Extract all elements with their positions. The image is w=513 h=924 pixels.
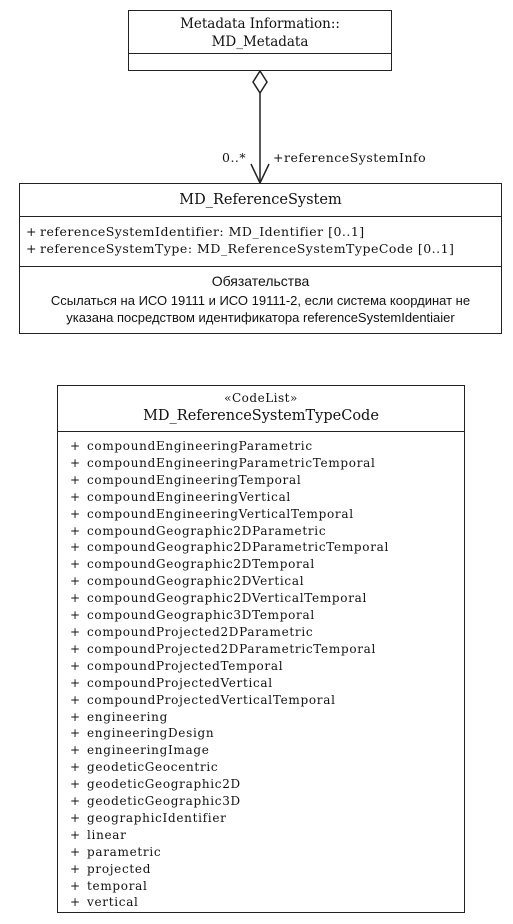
codelist-literal: +compoundEngineeringVertical bbox=[70, 489, 464, 506]
codelist-literal: +compoundEngineeringParametric bbox=[70, 438, 464, 455]
codelist-literal: +linear bbox=[70, 827, 464, 844]
codelist-literal: +compoundEngineeringTemporal bbox=[70, 472, 464, 489]
literal-text: compoundEngineeringParametric bbox=[87, 439, 313, 453]
literal-text: projected bbox=[87, 862, 151, 876]
class-attributes-empty bbox=[129, 54, 391, 70]
literal-text: engineeringDesign bbox=[87, 726, 214, 740]
visibility-marker: + bbox=[70, 692, 87, 709]
literal-text: compoundGeographic2DParametricTemporal bbox=[87, 540, 389, 554]
literal-text: compoundEngineeringVertical bbox=[87, 490, 291, 504]
class-stereotype: «CodeList» bbox=[58, 390, 464, 407]
visibility-marker: + bbox=[70, 675, 87, 692]
aggregation-diamond-icon bbox=[253, 71, 267, 93]
codelist-literal: +compoundProjectedVerticalTemporal bbox=[70, 692, 464, 709]
literal-text: compoundGeographic2DTemporal bbox=[87, 557, 315, 571]
class-md-reference-system[interactable]: MD_ReferenceSystem +referenceSystemIdent… bbox=[19, 183, 502, 334]
codelist-literal: +projected bbox=[70, 861, 464, 878]
codelist-literal: +compoundGeographic3DTemporal bbox=[70, 607, 464, 624]
literal-text: compoundEngineeringTemporal bbox=[87, 473, 301, 487]
visibility-marker: + bbox=[70, 709, 87, 726]
visibility-marker: + bbox=[70, 641, 87, 658]
visibility-marker: + bbox=[70, 506, 87, 523]
literal-text: compoundGeographic2DVerticalTemporal bbox=[87, 591, 367, 605]
codelist-literal: +compoundProjected2DParametric bbox=[70, 624, 464, 641]
class-name: MD_ReferenceSystem bbox=[179, 192, 341, 208]
codelist-literal: +geographicIdentifier bbox=[70, 810, 464, 827]
class-md-reference-system-type-code[interactable]: «CodeList» MD_ReferenceSystemTypeCode +c… bbox=[57, 385, 465, 913]
literal-text: compoundProjectedVertical bbox=[87, 676, 273, 690]
codelist-literal: +compoundGeographic2DTemporal bbox=[70, 556, 464, 573]
visibility-marker: + bbox=[70, 523, 87, 540]
class-name: MD_Metadata bbox=[129, 33, 391, 51]
codelist-literal: +compoundGeographic2DVerticalTemporal bbox=[70, 590, 464, 607]
class-header: Metadata Information:: MD_Metadata bbox=[129, 11, 391, 54]
codelist-literal: +compoundGeographic2DParametricTemporal bbox=[70, 539, 464, 556]
codelist-literal: +engineering bbox=[70, 709, 464, 726]
codelist-literal: +compoundEngineeringParametricTemporal bbox=[70, 455, 464, 472]
class-header: «CodeList» MD_ReferenceSystemTypeCode bbox=[58, 386, 464, 432]
literal-text: geodeticGeographic3D bbox=[87, 794, 241, 808]
literal-text: compoundProjected2DParametricTemporal bbox=[87, 642, 376, 656]
codelist-literal: +compoundProjectedTemporal bbox=[70, 658, 464, 675]
codelist-literal: +compoundGeographic2DParametric bbox=[70, 523, 464, 540]
association-role-name: +referenceSystemInfo bbox=[273, 150, 426, 165]
literal-text: temporal bbox=[87, 879, 148, 893]
visibility-marker: + bbox=[26, 240, 40, 257]
visibility-marker: + bbox=[70, 556, 87, 573]
literal-text: linear bbox=[87, 828, 127, 842]
visibility-marker: + bbox=[70, 455, 87, 472]
literal-text: vertical bbox=[87, 895, 139, 909]
visibility-marker: + bbox=[70, 810, 87, 827]
visibility-marker: + bbox=[70, 539, 87, 556]
codelist-literal: +compoundProjected2DParametricTemporal bbox=[70, 641, 464, 658]
visibility-marker: + bbox=[70, 844, 87, 861]
codelist-literal: +temporal bbox=[70, 878, 464, 895]
literal-text: compoundGeographic2DParametric bbox=[87, 524, 326, 538]
codelist-literal: +geodeticGeographic3D bbox=[70, 793, 464, 810]
literal-text: geodeticGeographic2D bbox=[87, 777, 241, 791]
class-header: MD_ReferenceSystem bbox=[20, 184, 501, 217]
literal-text: engineeringImage bbox=[87, 743, 210, 757]
visibility-marker: + bbox=[26, 223, 40, 240]
navigability-arrow-icon bbox=[251, 164, 269, 183]
codelist-literals: +compoundEngineeringParametric+compoundE… bbox=[58, 432, 464, 911]
class-name: MD_ReferenceSystemTypeCode bbox=[58, 407, 464, 426]
visibility-marker: + bbox=[70, 878, 87, 895]
visibility-marker: + bbox=[70, 438, 87, 455]
literal-text: compoundProjected2DParametric bbox=[87, 625, 313, 639]
attribute-row: +referenceSystemType: MD_ReferenceSystem… bbox=[26, 240, 501, 257]
visibility-marker: + bbox=[70, 894, 87, 911]
visibility-marker: + bbox=[70, 472, 87, 489]
constraints-title: Обязательства bbox=[20, 273, 501, 291]
constraint-text-line: Ссылаться на ИСО 19111 и ИСО 19111-2, ес… bbox=[20, 292, 501, 310]
visibility-marker: + bbox=[70, 590, 87, 607]
literal-text: geographicIdentifier bbox=[87, 811, 227, 825]
codelist-literal: +geodeticGeocentric bbox=[70, 759, 464, 776]
class-package: Metadata Information:: bbox=[129, 15, 391, 33]
codelist-literal: +engineeringImage bbox=[70, 742, 464, 759]
visibility-marker: + bbox=[70, 742, 87, 759]
visibility-marker: + bbox=[70, 573, 87, 590]
literal-text: compoundGeographic2DVertical bbox=[87, 574, 304, 588]
literal-text: parametric bbox=[87, 845, 161, 859]
attribute-row: +referenceSystemIdentifier: MD_Identifie… bbox=[26, 223, 501, 240]
visibility-marker: + bbox=[70, 607, 87, 624]
visibility-marker: + bbox=[70, 827, 87, 844]
attribute-text: referenceSystemIdentifier: MD_Identifier… bbox=[40, 224, 365, 239]
codelist-literal: +parametric bbox=[70, 844, 464, 861]
visibility-marker: + bbox=[70, 489, 87, 506]
literal-text: compoundEngineeringVerticalTemporal bbox=[87, 507, 354, 521]
codelist-literal: +compoundEngineeringVerticalTemporal bbox=[70, 506, 464, 523]
visibility-marker: + bbox=[70, 725, 87, 742]
codelist-literal: +engineeringDesign bbox=[70, 725, 464, 742]
visibility-marker: + bbox=[70, 861, 87, 878]
class-constraints: Обязательства Ссылаться на ИСО 19111 и И… bbox=[20, 267, 501, 327]
literal-text: compoundGeographic3DTemporal bbox=[87, 608, 315, 622]
literal-text: compoundEngineeringParametricTemporal bbox=[87, 456, 376, 470]
literal-text: compoundProjectedTemporal bbox=[87, 659, 283, 673]
class-attributes: +referenceSystemIdentifier: MD_Identifie… bbox=[20, 217, 501, 267]
association-multiplicity: 0..* bbox=[222, 150, 246, 165]
literal-text: compoundProjectedVerticalTemporal bbox=[87, 693, 336, 707]
visibility-marker: + bbox=[70, 759, 87, 776]
class-md-metadata[interactable]: Metadata Information:: MD_Metadata bbox=[128, 10, 392, 71]
constraint-text-line: указана посредством идентификатора refer… bbox=[20, 309, 501, 327]
codelist-literal: +compoundGeographic2DVertical bbox=[70, 573, 464, 590]
literal-text: engineering bbox=[87, 710, 168, 724]
visibility-marker: + bbox=[70, 793, 87, 810]
attribute-text: referenceSystemType: MD_ReferenceSystemT… bbox=[40, 241, 454, 256]
visibility-marker: + bbox=[70, 776, 87, 793]
visibility-marker: + bbox=[70, 658, 87, 675]
literal-text: geodeticGeocentric bbox=[87, 760, 218, 774]
visibility-marker: + bbox=[70, 624, 87, 641]
codelist-literal: +vertical bbox=[70, 894, 464, 911]
codelist-literal: +geodeticGeographic2D bbox=[70, 776, 464, 793]
codelist-literal: +compoundProjectedVertical bbox=[70, 675, 464, 692]
